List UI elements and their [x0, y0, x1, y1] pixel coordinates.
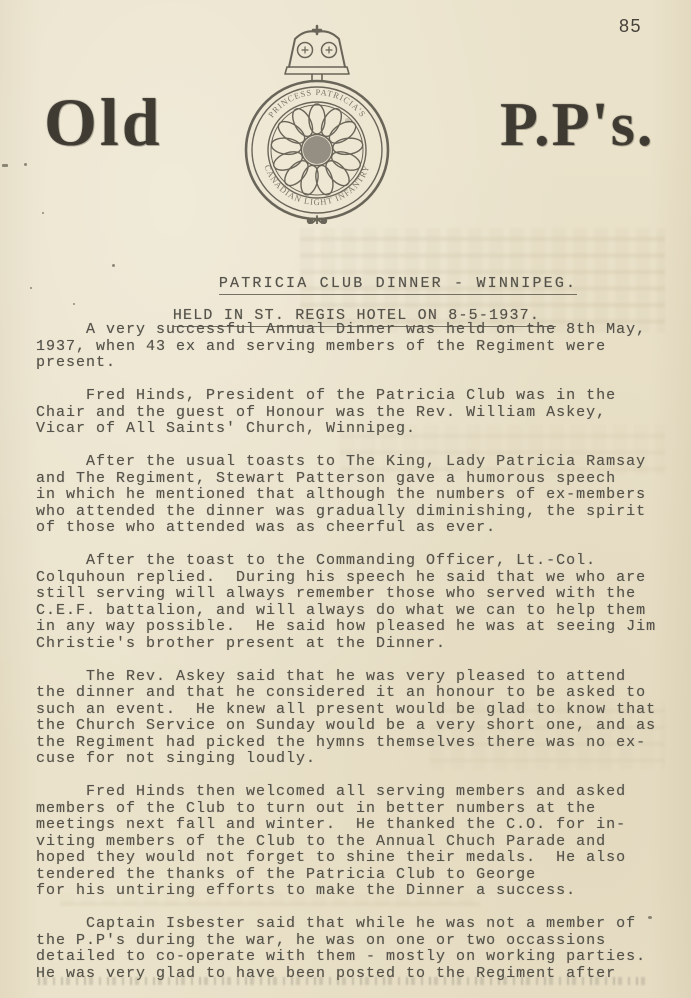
- paragraph-1: A very successful Annual Dinner was held…: [36, 322, 676, 372]
- ink-speck: [42, 212, 44, 214]
- paragraph-2: Fred Hinds, President of the Patricia Cl…: [36, 388, 676, 438]
- scanned-page: 85 Old P.P's.: [0, 0, 691, 998]
- ink-speck: [112, 264, 115, 267]
- paragraph-7: Captain Isbester said that while he was …: [36, 916, 676, 982]
- paragraph-6: Fred Hinds then welcomed all serving mem…: [36, 784, 676, 900]
- regimental-badge-icon: PRINCESS PATRICIA'S CANADIAN LIGHT INFAN…: [242, 24, 392, 224]
- paragraph-5: The Rev. Askey said that he was very ple…: [36, 669, 676, 768]
- badge-ring-text-top: PRINCESS PATRICIA'S: [266, 87, 368, 119]
- article-body: A very successful Annual Dinner was held…: [36, 322, 676, 998]
- paragraph-3: After the usual toasts to The King, Lady…: [36, 454, 676, 537]
- ink-speck: [73, 303, 75, 305]
- ink-speck: [30, 287, 32, 289]
- ink-speck: [24, 163, 27, 166]
- paragraph-4: After the toast to the Commanding Office…: [36, 553, 676, 652]
- masthead-word-pps: P.P's.: [500, 94, 654, 156]
- ink-speck: [2, 164, 8, 167]
- page-number: 85: [619, 16, 642, 37]
- masthead-word-old: Old: [44, 88, 163, 156]
